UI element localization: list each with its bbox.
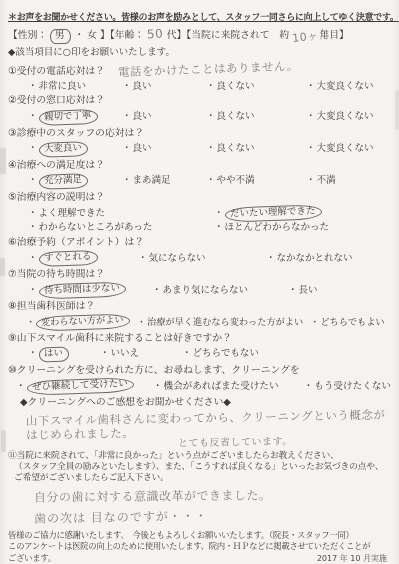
option-label: よく理解できた (39, 208, 106, 220)
option-label: 長い (299, 285, 318, 297)
question-1-handwritten-note: 電話をかけたことはありません。 (118, 59, 299, 80)
option-label: はい (38, 346, 69, 362)
question-11: ⑪当院に来院されて、「非常に良かった」という点がございましたらお教えください、 … (8, 451, 391, 485)
profile-line: 【性別： 男 ・ 女 】【年齢： 50 代】【当院に来院されて 約 10ヶ月 年… (8, 27, 391, 44)
bullet: ・ (306, 143, 316, 155)
question-11-line2: （スタッフ全員の励みといたします）、また、「こうすれば良くなる」といったお気づき… (8, 462, 391, 473)
option-label: 大変良くない (317, 143, 374, 155)
question-9-options: ・はい ・いいえ ・どちらでもない (8, 347, 391, 362)
question-2-prompt: ②受付の窓口応対は？ (8, 95, 391, 107)
option-label: なかなかとれない (277, 253, 353, 265)
option: ・気にならない (138, 253, 266, 265)
option: ・もう受けたくない (304, 381, 391, 393)
option-label: 大変良い (38, 141, 88, 158)
option: ・待ち時間は少ない (28, 283, 152, 298)
question-5-options: ・よく理解できた ・だいたい理解できた ・わからないところがあった ・ほとんどわ… (8, 206, 391, 234)
question-2-options: ・親切で丁寧 ・良い ・良くない ・大変良くない (8, 110, 391, 125)
option: ・ほとんどわからなかった (214, 222, 391, 234)
option: ・良くない (206, 81, 306, 93)
option-label: 良い (133, 81, 152, 93)
option-label: すぐとれる (38, 250, 97, 267)
bullet: ・ (28, 253, 38, 265)
option: ・大変良くない (306, 143, 374, 155)
bullet: ・ (206, 81, 216, 93)
option: ・いいえ (100, 348, 182, 360)
option-label: 変わらない方がよい (36, 314, 130, 332)
bullet: ・ (152, 285, 162, 297)
option-label: 良い (133, 143, 152, 155)
question-8: ⑧担当歯科医師は？ ・変わらない方がよい ・治療が早く進むなら変わった方がよい … (8, 301, 391, 330)
option: ・どちらでもよい (310, 317, 384, 329)
option-label: 良くない (217, 81, 255, 93)
scan-artifact (395, 90, 399, 130)
option: ・機会があればまた受けたい (153, 381, 304, 393)
question-5-prompt: ⑤治療内容の説明は？ (8, 192, 391, 204)
bullet: ・ (206, 143, 216, 155)
question-10: ⑩クリーニングを受けられた方に、お尋ねします、クリーニングを ・ぜひ継続して受け… (8, 365, 391, 394)
option-label: 大変良くない (317, 111, 374, 123)
bullet: ・ (28, 222, 38, 234)
question-3-prompt: ③診療中のスタッフの応対は？ (8, 128, 391, 140)
footer-line1: 皆様のご協力に感謝いたします、 今後ともよろしくお願いいたします。（院長・スタッ… (8, 530, 391, 541)
bullet: ・ (28, 81, 38, 93)
option: ・長い (288, 285, 318, 297)
bullet: ・ (26, 317, 35, 329)
option: ・大変良くない (306, 111, 374, 123)
option-label: 機会があればまた受けたい (163, 381, 278, 393)
question-9-prompt: ⑨山下スマイル歯科に来院することは好きですか？ (8, 333, 391, 345)
bullet: ・ (214, 208, 224, 220)
survey-date: 2017 年 10 月実施 (317, 554, 391, 564)
question-9: ⑨山下スマイル歯科に来院することは好きですか？ ・はい ・いいえ ・どちらでもな… (8, 333, 391, 362)
option: ・充分満足 (28, 174, 122, 189)
option-label: ほとんどわからなかった (225, 222, 330, 234)
option: ・良くない (206, 111, 306, 123)
footer-line3-row: ございます。 2017 年 10 月実施 (8, 553, 391, 564)
option-label: 不満 (317, 175, 336, 187)
option-label: もう受けたくない (314, 381, 391, 393)
footer-line2: このアンケートは医院の向上のために使用いたします、院内・ＨＰなどに掲載させていた… (8, 541, 391, 552)
bullet: ・ (306, 81, 316, 93)
option: ・なかなかとれない (266, 253, 353, 265)
option-label: だいたい理解できた (224, 204, 321, 222)
visit-value-handwritten: 10ヶ月 (292, 28, 331, 46)
option: ・良い (122, 81, 206, 93)
option-label: 気にならない (149, 253, 206, 265)
bullet: ・ (304, 381, 314, 393)
question-6: ⑥治療予約（アポイント）は？ ・すぐとれる ・気にならない ・なかなかとれない (8, 237, 391, 266)
gender-rest: ・ 女 】【年齢： (74, 30, 144, 41)
option-label: どちらでもない (193, 348, 259, 360)
bullet: ・ (138, 253, 148, 265)
option: ・あまり気にならない (152, 285, 288, 297)
option-label: ぜひ継続して受けたい (26, 377, 133, 396)
question-1-options: ・非常に良い ・良い ・良くない ・大変良くない (8, 81, 391, 93)
bullet: ・ (137, 317, 146, 329)
option: ・よく理解できた (28, 206, 214, 221)
bullet: ・ (310, 317, 319, 329)
option: ・まあ満足 (122, 175, 206, 187)
bullet: ・ (122, 81, 132, 93)
question-4-prompt: ④治療への満足度は？ (8, 160, 391, 172)
bullet: ・ (306, 111, 316, 123)
option: ・良い (122, 143, 206, 155)
option-label: やや不満 (217, 175, 255, 187)
option-label: 良い (133, 111, 152, 123)
option: ・だいたい理解できた (214, 206, 391, 221)
question-4: ④治療への満足度は？ ・充分満足 ・まあ満足 ・やや不満 ・不満 (8, 160, 391, 189)
option: ・どちらでもない (182, 348, 259, 360)
option: ・良くない (206, 143, 306, 155)
option-label: あまり気にならない (163, 285, 249, 297)
option-label: まあ満足 (133, 175, 171, 187)
bullet: ・ (28, 143, 38, 155)
age-suffix: 代】【当院に来院されて 約 (167, 30, 289, 41)
option: ・わからないところがあった (28, 222, 214, 234)
option: ・親切で丁寧 (28, 110, 122, 125)
bullet: ・ (28, 348, 38, 360)
question-2: ②受付の窓口応対は？ ・親切で丁寧 ・良い ・良くない ・大変良くない (8, 95, 391, 124)
option: ・大変良い (28, 142, 122, 157)
survey-document: ＊お声をお聞かせください。皆様のお声を励みとして、スタッフ一同さらに向上してゆく… (0, 0, 399, 564)
option: ・はい (28, 347, 100, 362)
bullet: ・ (206, 175, 216, 187)
bullet: ・ (122, 111, 132, 123)
bullet: ・ (288, 285, 298, 297)
bullet: ・ (28, 208, 38, 220)
option-label: 良くない (217, 143, 255, 155)
option-label: 待ち時間は少ない (38, 282, 125, 300)
question-6-prompt: ⑥治療予約（アポイント）は？ (8, 237, 391, 249)
question-7: ⑦当院の待ち時間は？ ・待ち時間は少ない ・あまり気にならない ・長い (8, 269, 391, 298)
intro-line: ＊お声をお聞かせください。皆様のお声を励みとして、スタッフ一同さらに向上してゆく… (8, 13, 391, 24)
footer-line3: ございます。 (8, 553, 56, 564)
option: ・治療が早く進むなら変わった方がよい (137, 317, 303, 329)
option: ・すぐとれる (28, 251, 138, 266)
footer: 皆様のご協力に感謝いたします、 今後ともよろしくお願いいたします。（院長・スタッ… (8, 530, 391, 564)
scan-artifact (1, 430, 6, 452)
question-3-options: ・大変良い ・良い ・良くない ・大変良くない (8, 142, 391, 157)
question-1: ①受付の電話応対は？ 電話をかけたことはありません。 ・非常に良い ・良い ・良… (8, 63, 391, 92)
question-7-prompt: ⑦当院の待ち時間は？ (8, 269, 391, 281)
bullet: ・ (214, 222, 224, 234)
scan-artifact (0, 148, 6, 174)
question-10-options: ・ぜひ継続して受けたい ・機会があればまた受けたい ・もう受けたくない (8, 379, 391, 394)
option-label: いいえ (111, 348, 140, 360)
option-label: 親切で丁寧 (38, 109, 97, 126)
option: ・ぜひ継続して受けたい (16, 379, 153, 394)
option-label: 治療が早く進むなら変わった方がよい (147, 317, 303, 329)
question-10-prompt: ⑩クリーニングを受けられた方に、お尋ねします、クリーニングを (8, 365, 391, 377)
question-4-options: ・充分満足 ・まあ満足 ・やや不満 ・不満 (8, 174, 391, 189)
bullet: ・ (122, 175, 132, 187)
bullet: ・ (182, 348, 192, 360)
question-3: ③診療中のスタッフの応対は？ ・大変良い ・良い ・良くない ・大変良くない (8, 128, 391, 157)
bullet: ・ (28, 175, 38, 187)
question-11-handwritten-line1: 自分の歯に対する意識改革ができました。 (8, 487, 391, 505)
bullet: ・ (28, 111, 38, 123)
question-8-prompt: ⑧担当歯科医師は？ (8, 301, 391, 313)
question-11-line3: ご希望がございましたらご記入下さい。 (8, 473, 391, 484)
bullet: ・ (206, 111, 216, 123)
question-8-options: ・変わらない方がよい ・治療が早く進むなら変わった方がよい ・どちらでもよい (8, 315, 391, 330)
question-1-prompt: ①受付の電話応対は？ 電話をかけたことはありません。 (8, 63, 391, 78)
cleaning-feedback-header: ◆クリーニングへのご感想をお聞かせください◆ (8, 397, 391, 409)
option: ・不満 (306, 175, 336, 187)
option-label: 充分満足 (38, 173, 88, 190)
option-label: わからないところがあった (39, 222, 153, 234)
bullet: ・ (122, 143, 132, 155)
option: ・変わらない方がよい (26, 315, 130, 330)
scan-artifact (0, 258, 5, 276)
option: ・良い (122, 111, 206, 123)
question-11-handwritten-line2: 歯の次は 目なのですが・・・ (8, 505, 391, 527)
option: ・大変良くない (306, 81, 374, 93)
option-label: どちらでもよい (320, 317, 384, 329)
bullet: ・ (100, 348, 110, 360)
question-6-options: ・すぐとれる ・気にならない ・なかなかとれない (8, 251, 391, 266)
option: ・やや不満 (206, 175, 306, 187)
question-7-options: ・待ち時間は少ない ・あまり気にならない ・長い (8, 283, 391, 298)
option: ・非常に良い (28, 81, 122, 93)
age-value-handwritten: 50 (147, 27, 164, 43)
option-label: 大変良くない (317, 81, 374, 93)
instruction-line: ◆該当項目に○印をお願いいたします。 (8, 47, 391, 59)
bullet: ・ (306, 175, 316, 187)
gender-male-circled: 男 (50, 29, 71, 45)
option-label: 良くない (217, 111, 255, 123)
bullet: ・ (266, 253, 276, 265)
question-5: ⑤治療内容の説明は？ ・よく理解できた ・だいたい理解できた ・わからないところ… (8, 192, 391, 234)
bullet: ・ (28, 285, 38, 297)
gender-label: 【性別： (8, 30, 47, 41)
option-label: 非常に良い (39, 81, 87, 93)
bullet: ・ (153, 381, 163, 393)
bullet: ・ (16, 381, 26, 393)
